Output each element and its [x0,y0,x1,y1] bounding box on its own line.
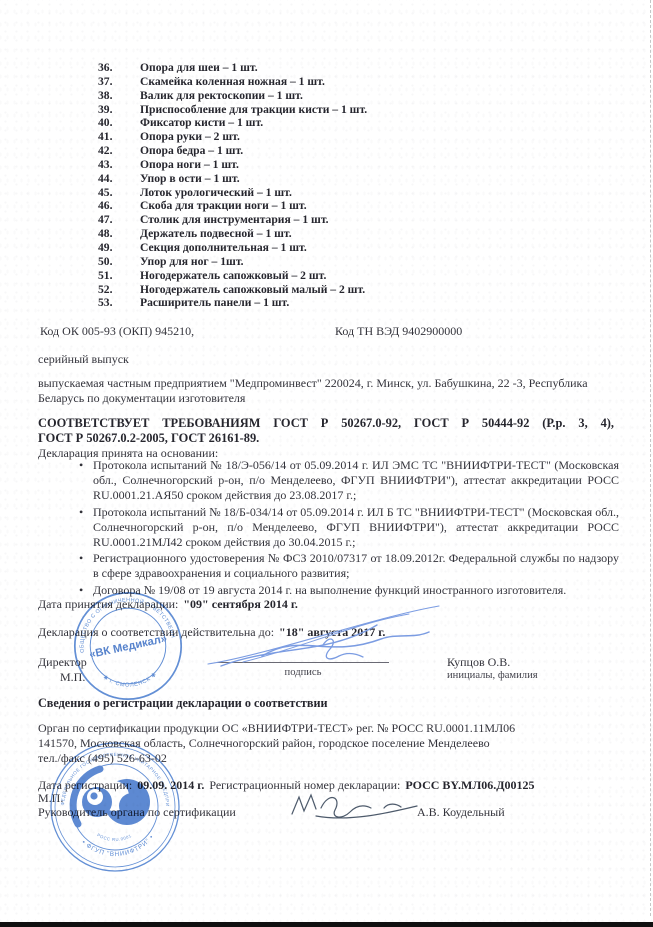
basis-bullet: •Регистрационного удостоверения № ФСЗ 20… [79,551,619,581]
list-item: 39.Приспособление для тракции кисти – 1 … [98,103,367,117]
item-text: Опора для шеи – 1 шт. [140,61,258,75]
item-text: Упор для ног – 1шт. [140,255,244,269]
item-text: Ногодержатель сапожковый – 2 шт. [140,269,326,283]
vniiftri-stamp: ФЕДЕРАЛЬНОЕ ГОСУДАРСТВЕННОЕ УНИТАРНОЕ ПР… [48,740,182,874]
item-number: 36. [98,61,140,75]
list-item: 43.Опора ноги – 1 шт. [98,158,367,172]
item-text: Скоба для тракции ноги – 1 шт. [140,199,307,213]
item-number: 37. [98,75,140,89]
item-text: Опора ноги – 1 шт. [140,158,239,172]
list-item: 53.Расширитель панели – 1 шт. [98,296,367,310]
item-number: 50. [98,255,140,269]
list-item: 49.Секция дополнительная – 1 шт. [98,241,367,255]
item-number: 49. [98,241,140,255]
item-number: 53. [98,296,140,310]
list-item: 50.Упор для ног – 1шт. [98,255,367,269]
basis-bullet-list: •Протокола испытаний № 18/Э-056/14 от 05… [79,458,619,599]
item-number: 47. [98,213,140,227]
list-item: 42.Опора бедра – 1 шт. [98,144,367,158]
ok-code: Код ОК 005-93 (ОКП) 945210, [40,324,194,339]
head-signature [288,786,420,822]
item-number: 45. [98,186,140,200]
bullet-icon: • [79,505,93,551]
item-text: Секция дополнительная – 1 шт. [140,241,307,255]
equipment-list: 36.Опора для шеи – 1 шт. 37.Скамейка кол… [98,61,367,310]
item-number: 48. [98,227,140,241]
item-text: Лоток урологический – 1 шт. [140,186,292,200]
bullet-text: Протокола испытаний № 18/Э-056/14 от 05.… [93,458,619,504]
stamp-ring-bottom-text: ✱ г. СМОЛЕНСК ✱ [101,663,160,694]
item-number: 44. [98,172,140,186]
basis-bullet: •Протокола испытаний № 18/Э-056/14 от 05… [79,458,619,504]
tnved-code: Код ТН ВЭД 9402900000 [335,324,462,339]
svg-text:✱ г. СМОЛЕНСК ✱: ✱ г. СМОЛЕНСК ✱ [101,663,160,694]
registration-number-value: РОСС BY.МЛ06.Д00125 [403,778,534,792]
bullet-icon: • [79,458,93,504]
basis-bullet: •Протокола испытаний № 18/Б-034/14 от 05… [79,505,619,551]
item-text: Ногодержатель сапожковый малый – 2 шт. [140,283,365,297]
item-text: Упор в ости – 1 шт. [140,172,240,186]
list-item: 41.Опора руки – 2 шт. [98,130,367,144]
item-number: 46. [98,199,140,213]
page-edge-line [650,0,651,916]
list-item: 45.Лоток урологический – 1 шт. [98,186,367,200]
compliance-line1: СООТВЕТСТВУЕТ ТРЕБОВАНИЯМ ГОСТ Р 50267.0… [38,416,614,431]
compliance-statement: СООТВЕТСТВУЕТ ТРЕБОВАНИЯМ ГОСТ Р 50267.0… [38,416,614,446]
item-number: 38. [98,89,140,103]
bottom-scan-bar [0,922,653,927]
item-number: 42. [98,144,140,158]
item-text: Расширитель панели – 1 шт. [140,296,289,310]
list-item: 46.Скоба для тракции ноги – 1 шт. [98,199,367,213]
list-item: 51.Ногодержатель сапожковый – 2 шт. [98,269,367,283]
bullet-text: Протокола испытаний № 18/Б-034/14 от 05.… [93,505,619,551]
compliance-line2: ГОСТ Р 50267.0.2-2005, ГОСТ 26161-89. [38,431,614,446]
signatory-name: Купцов О.В. [447,655,510,670]
list-item: 36.Опора для шеи – 1 шт. [98,61,367,75]
list-item: 47.Столик для инструментария – 1 шт. [98,213,367,227]
medikal-stamp: ОБЩЕСТВО С ОГРАНИЧЕННОЙ ОТВЕТСТВЕННОСТЬЮ… [59,577,197,715]
list-item: 40.Фиксатор кисти – 1 шт. [98,116,367,130]
item-text: Приспособление для тракции кисти – 1 шт. [140,103,367,117]
list-item: 44.Упор в ости – 1 шт. [98,172,367,186]
item-text: Держатель подвесной – 1 шт. [140,227,292,241]
item-text: Валик для ректоскопии – 1 шт. [140,89,303,103]
item-text: Скамейка коленная ножная – 1 шт. [140,75,325,89]
item-number: 43. [98,158,140,172]
cert-body-org-line: Орган по сертификации продукции ОС «ВНИИ… [38,721,515,736]
bullet-icon: • [79,551,93,581]
item-text: Опора бедра – 1 шт. [140,144,243,158]
item-text: Столик для инструментария – 1 шт. [140,213,329,227]
list-item: 48.Держатель подвесной – 1 шт. [98,227,367,241]
item-number: 40. [98,116,140,130]
item-number: 51. [98,269,140,283]
list-item: 52.Ногодержатель сапожковый малый – 2 шт… [98,283,367,297]
item-text: Опора руки – 2 шт. [140,130,240,144]
director-signature [205,603,443,669]
stamp-inner-ring-text: РОСС RU.0001 [96,832,132,842]
vniiftri-logo-icon [73,769,150,825]
manufacturer-note: выпускаемая частным предприятием "Медпро… [38,376,628,405]
declaration-document-page: 36.Опора для шеи – 1 шт. 37.Скамейка кол… [0,0,653,927]
list-item: 38.Валик для ректоскопии – 1 шт. [98,89,367,103]
svg-text:РОСС RU.0001: РОСС RU.0001 [96,832,132,842]
head-of-body-name: А.В. Коудельный [417,805,505,820]
name-caption: инициалы, фамилия [447,670,538,681]
item-number: 39. [98,103,140,117]
stamp-center-text: «ВК Медикал» [88,633,168,661]
item-text: Фиксатор кисти – 1 шт. [140,116,263,130]
item-number: 41. [98,130,140,144]
item-number: 52. [98,283,140,297]
serial-issue-note: серийный выпуск [38,352,129,367]
list-item: 37.Скамейка коленная ножная – 1 шт. [98,75,367,89]
